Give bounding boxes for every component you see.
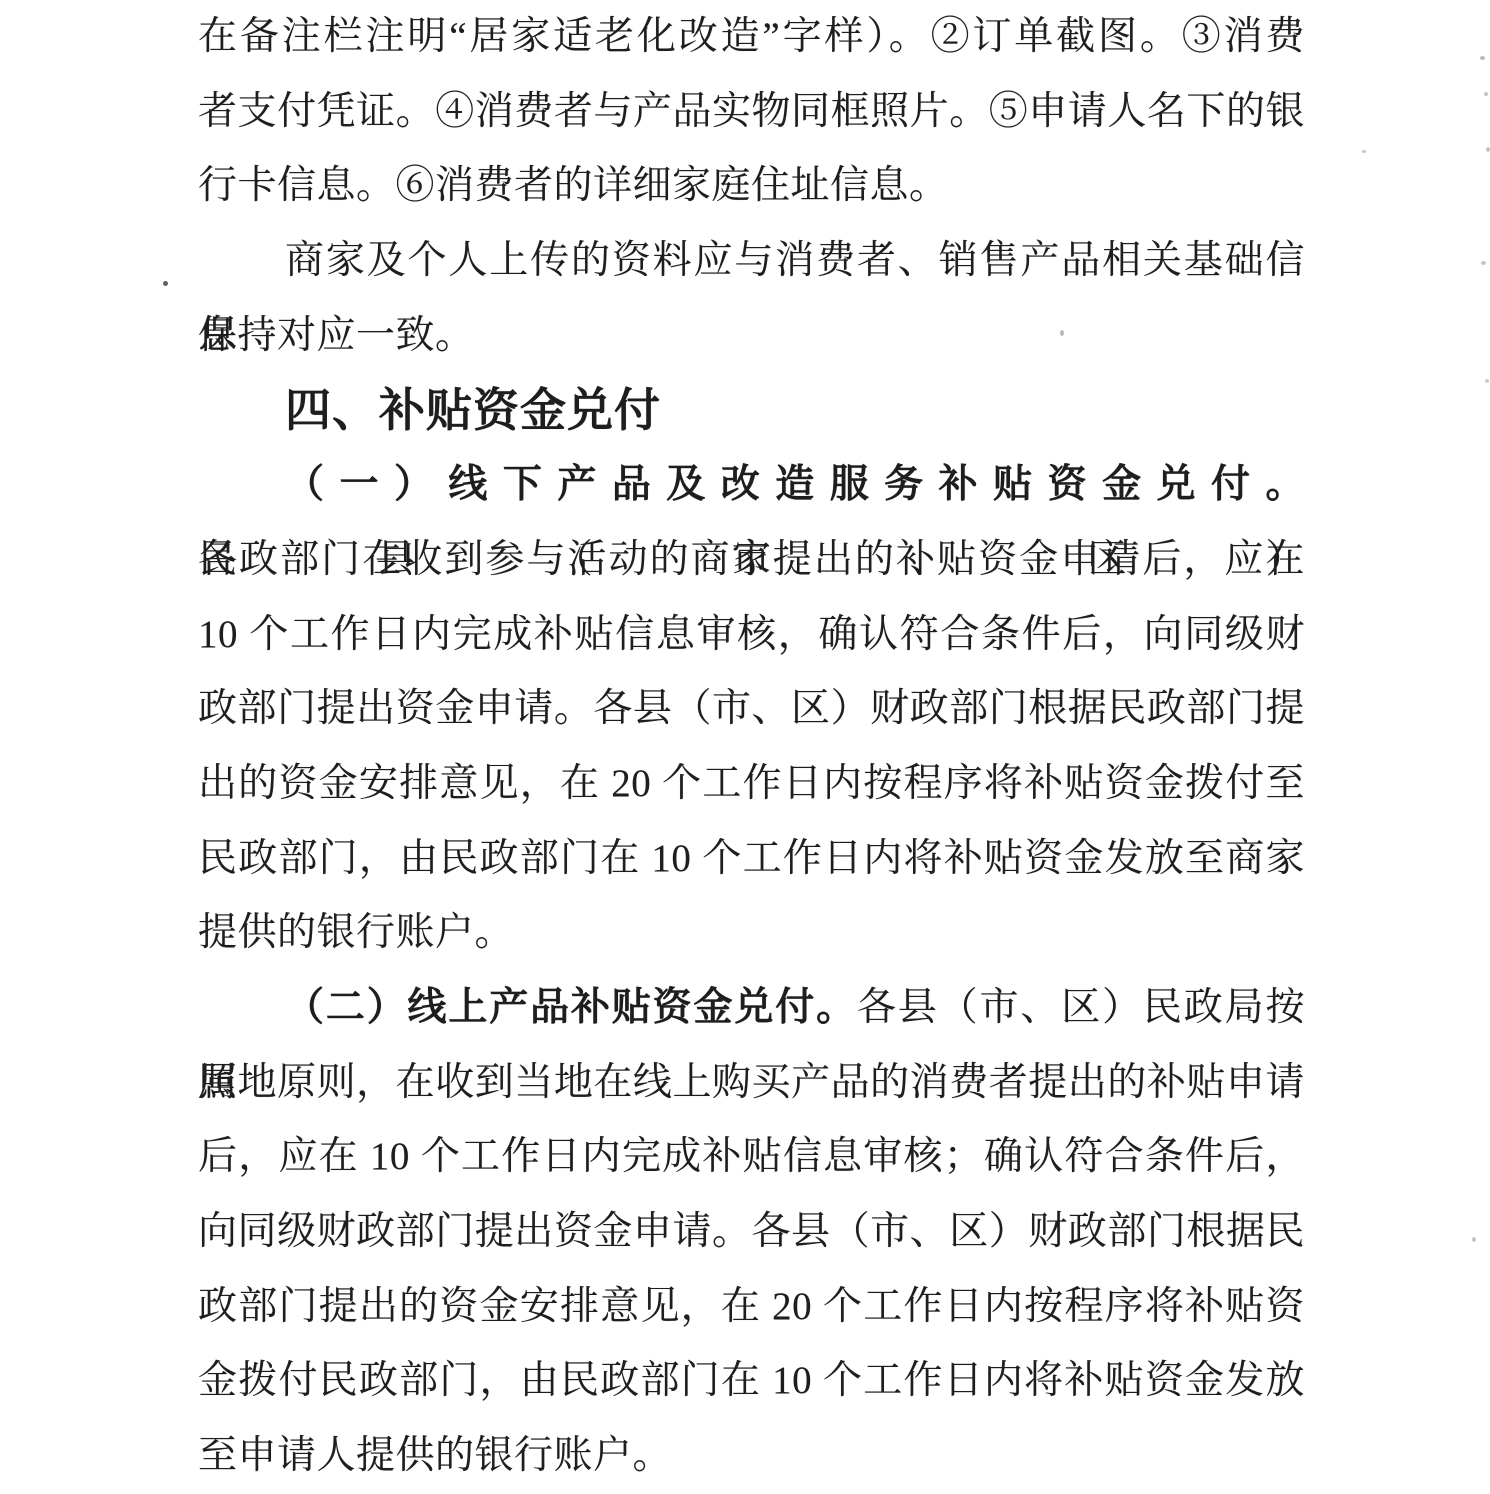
text-line: 金拨付民政部门，由民政部门在 10 个工作日内将补贴资金发放: [198, 1344, 1305, 1419]
text-segment: 出的资金安排意见，在 20 个工作日内按程序将补贴资金拨付至: [198, 762, 1305, 805]
text-line: 保持对应一致。: [198, 299, 1305, 374]
scanned-document-page: 在备注栏注明“居家适老化改造”字样）。②订单截图。③消费者支付凭证。④消费者与产…: [0, 0, 1490, 1494]
text-line: （二）线上产品补贴资金兑付。各县（市、区）民政局按照: [198, 971, 1305, 1046]
text-line: 政部门提出的资金安排意见，在 20 个工作日内按程序将补贴资: [198, 1270, 1305, 1345]
scan-speck: [1486, 147, 1490, 152]
text-segment: 保持对应一致。: [198, 314, 475, 357]
scan-speck: [163, 281, 168, 286]
scan-speck: [1485, 379, 1489, 383]
scan-speck: [1481, 261, 1486, 265]
scan-speck: [1484, 92, 1488, 96]
text-line: 商家及个人上传的资料应与消费者、销售产品相关基础信息: [198, 224, 1305, 299]
bold-text-segment: （二）线上产品补贴资金兑付。: [285, 986, 857, 1029]
text-line: 10 个工作日内完成补贴信息审核，确认符合条件后，向同级财: [198, 598, 1305, 673]
text-segment: 民政部门，由民政部门在 10 个工作日内将补贴资金发放至商家: [198, 837, 1305, 880]
text-segment: 向同级财政部门提出资金申请。各县（市、区）财政部门根据民: [198, 1210, 1305, 1253]
text-line: 民政部门在收到参与活动的商家提出的补贴资金申请后，应在: [198, 523, 1305, 598]
text-segment: 属地原则，在收到当地在线上购买产品的消费者提出的补贴申请: [198, 1061, 1305, 1104]
scan-speck: [1060, 330, 1064, 336]
section-heading: 四、补贴资金兑付: [198, 373, 1305, 448]
text-line: 行卡信息。⑥消费者的详细家庭住址信息。: [198, 149, 1305, 224]
bold-text-segment: 四、补贴资金兑付: [285, 384, 661, 436]
text-line: 后，应在 10 个工作日内完成补贴信息审核；确认符合条件后，: [198, 1120, 1305, 1195]
text-line: 向同级财政部门提出资金申请。各县（市、区）财政部门根据民: [198, 1195, 1305, 1270]
text-segment: 政部门提出资金申请。各县（市、区）财政部门根据民政部门提: [198, 687, 1305, 730]
scan-speck: [1472, 1237, 1476, 1242]
document-text-block: 在备注栏注明“居家适老化改造”字样）。②订单截图。③消费者支付凭证。④消费者与产…: [198, 0, 1305, 1494]
text-segment: 民政部门在收到参与活动的商家提出的补贴资金申请后，应在: [198, 538, 1305, 581]
scan-speck: [1362, 150, 1366, 153]
text-line: 政部门提出资金申请。各县（市、区）财政部门根据民政部门提: [198, 672, 1305, 747]
text-line: 出的资金安排意见，在 20 个工作日内按程序将补贴资金拨付至: [198, 747, 1305, 822]
text-line: 至申请人提供的银行账户。: [198, 1419, 1305, 1494]
text-line: 民政部门，由民政部门在 10 个工作日内将补贴资金发放至商家: [198, 822, 1305, 897]
text-line: 在备注栏注明“居家适老化改造”字样）。②订单截图。③消费: [198, 0, 1305, 75]
text-line: 属地原则，在收到当地在线上购买产品的消费者提出的补贴申请: [198, 1046, 1305, 1121]
text-segment: 者支付凭证。④消费者与产品实物同框照片。⑤申请人名下的银: [198, 90, 1305, 133]
text-line: 提供的银行账户。: [198, 896, 1305, 971]
text-segment: 10 个工作日内完成补贴信息审核，确认符合条件后，向同级财: [198, 613, 1305, 656]
bold-text-segment: （一）线下产品及改造服务补贴资金兑付。: [285, 463, 1305, 506]
text-segment: 在备注栏注明“居家适老化改造”字样）。②订单截图。③消费: [198, 15, 1305, 58]
text-segment: 政部门提出的资金安排意见，在 20 个工作日内按程序将补贴资: [198, 1285, 1305, 1328]
text-line: 者支付凭证。④消费者与产品实物同框照片。⑤申请人名下的银: [198, 75, 1305, 150]
text-segment: 至申请人提供的银行账户。: [198, 1434, 672, 1477]
text-line: （一）线下产品及改造服务补贴资金兑付。各县（市、区）: [198, 448, 1305, 523]
text-segment: 提供的银行账户。: [198, 911, 514, 954]
text-segment: 金拨付民政部门，由民政部门在 10 个工作日内将补贴资金发放: [198, 1359, 1305, 1402]
text-segment: 后，应在 10 个工作日内完成补贴信息审核；确认符合条件后，: [198, 1135, 1305, 1178]
text-segment: 行卡信息。⑥消费者的详细家庭住址信息。: [198, 164, 949, 207]
scan-speck: [1480, 56, 1485, 60]
